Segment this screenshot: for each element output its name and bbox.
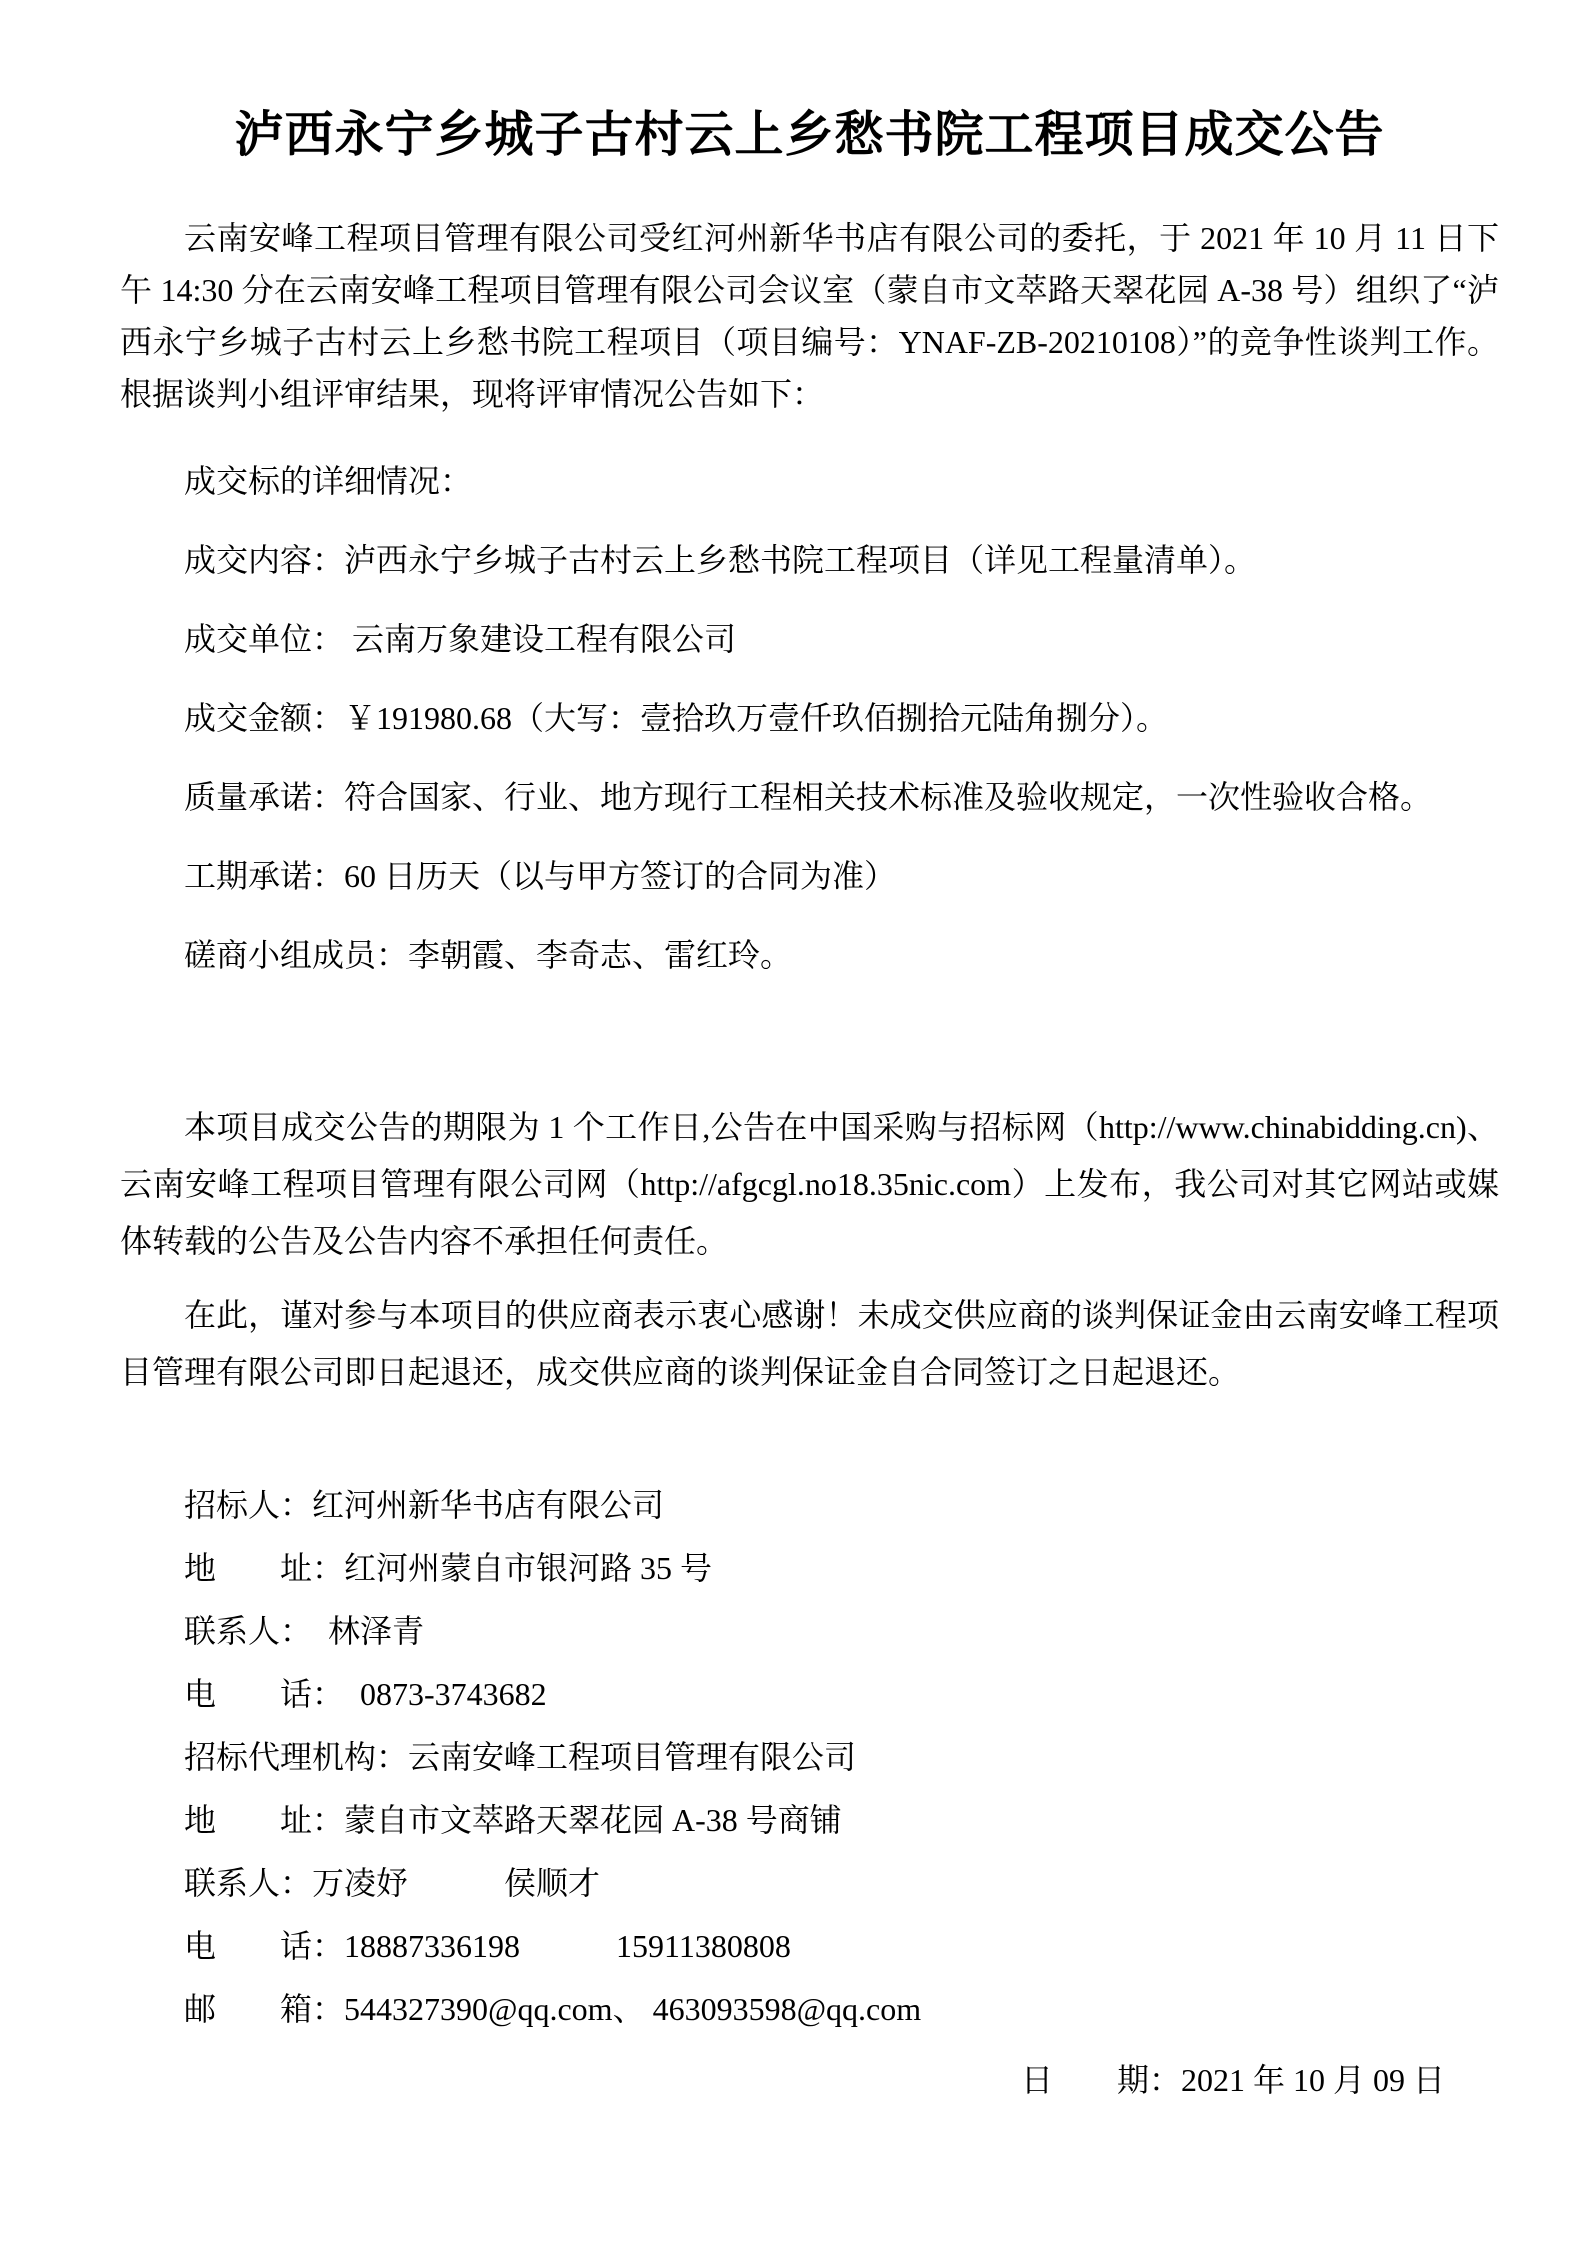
award-item-content: 成交内容：泸西永宁乡城子古村云上乡愁书院工程项目（详见工程量清单）。	[120, 534, 1499, 586]
award-item-quality: 质量承诺：符合国家、行业、地方现行工程相关技术标准及验收规定，一次性验收合格。	[120, 771, 1499, 823]
award-item-duration: 工期承诺：60 日历天（以与甲方签订的合同为准）	[120, 850, 1499, 902]
contact-line-tenderee-person: 联系人： 林泽青	[120, 1600, 1499, 1663]
award-item-panel: 磋商小组成员：李朝霞、李奇志、雷红玲。	[120, 929, 1499, 981]
date-line: 日 期：2021 年 10 月 09 日	[120, 2049, 1499, 2112]
contact-line-agency-emails: 邮 箱：544327390@qq.com、 463093598@qq.com	[120, 1978, 1499, 2041]
notice-paragraph-publication: 本项目成交公告的期限为 1 个工作日,公告在中国采购与招标网（http://ww…	[120, 1099, 1499, 1270]
contact-line-agency-persons: 联系人：万凌妤 侯顺才	[120, 1852, 1499, 1915]
contact-line-agency-address: 地 址：蒙自市文萃路天翠花园 A-38 号商铺	[120, 1789, 1499, 1852]
contact-block: 招标人：红河州新华书店有限公司 地 址：红河州蒙自市银河路 35 号 联系人： …	[120, 1474, 1499, 2041]
document-page: 泸西永宁乡城子古村云上乡愁书院工程项目成交公告 云南安峰工程项目管理有限公司受红…	[0, 0, 1587, 2245]
contact-line-tenderee: 招标人：红河州新华书店有限公司	[120, 1474, 1499, 1537]
section-heading: 成交标的详细情况：	[120, 455, 1499, 507]
contact-line-agency-phones: 电 话：18887336198 15911380808	[120, 1915, 1499, 1978]
document-title: 泸西永宁乡城子古村云上乡愁书院工程项目成交公告	[120, 96, 1499, 166]
intro-paragraph: 云南安峰工程项目管理有限公司受红河州新华书店有限公司的委托，于 2021 年 1…	[120, 212, 1499, 420]
contact-line-agency: 招标代理机构：云南安峰工程项目管理有限公司	[120, 1726, 1499, 1789]
notice-paragraph-thanks: 在此，谨对参与本项目的供应商表示衷心感谢！未成交供应商的谈判保证金由云南安峰工程…	[120, 1287, 1499, 1401]
contact-line-tenderee-address: 地 址：红河州蒙自市银河路 35 号	[120, 1537, 1499, 1600]
award-item-winner: 成交单位： 云南万象建设工程有限公司	[120, 613, 1499, 665]
contact-line-tenderee-phone: 电 话： 0873-3743682	[120, 1663, 1499, 1726]
award-item-amount: 成交金额：￥191980.68（大写：壹拾玖万壹仟玖佰捌拾元陆角捌分）。	[120, 692, 1499, 744]
